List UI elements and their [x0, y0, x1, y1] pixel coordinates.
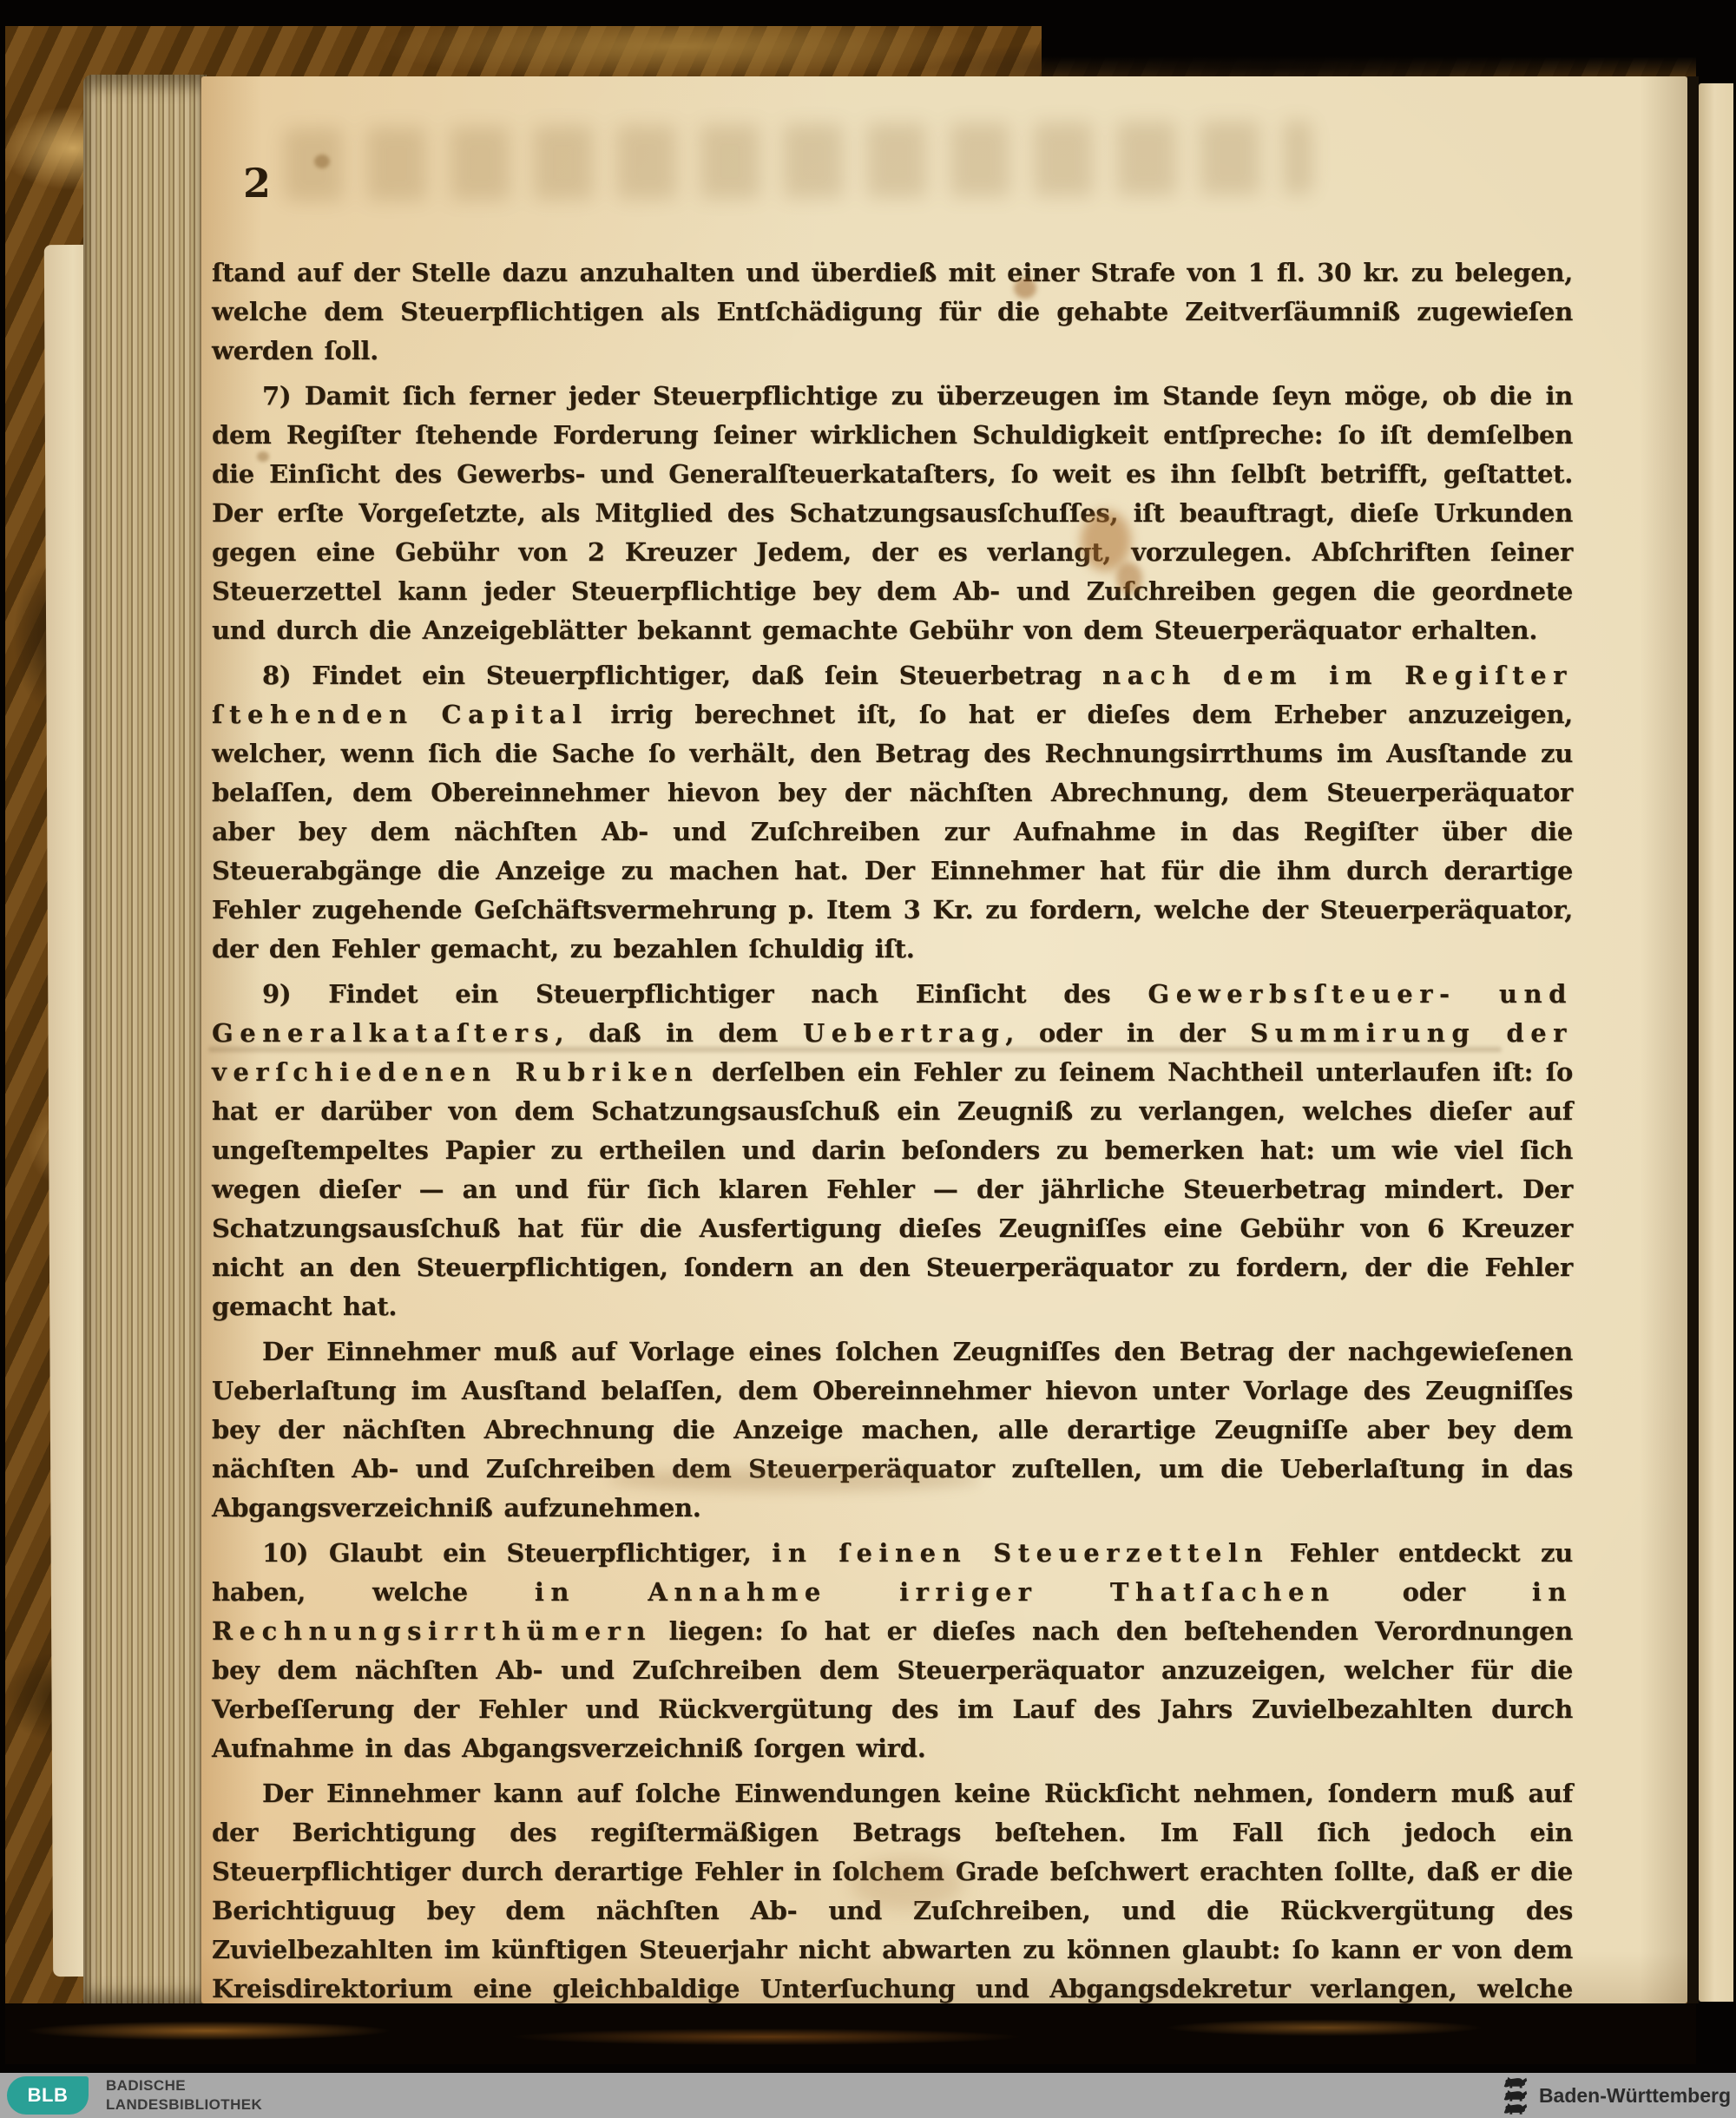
emphasized-text: Uebertrag — [803, 1018, 1005, 1048]
body-text: irrig berechnet iſt, ſo hat er dieſes de… — [212, 700, 1573, 964]
paragraph: 8) Findet ein Steuerpflichtiger, daß ſei… — [212, 656, 1573, 969]
body-text: Der Einnehmer muß auf Vorlage eines ſolc… — [212, 1337, 1573, 1523]
paragraph: ſtand auf der Stelle dazu anzuhalten und… — [212, 253, 1573, 371]
emphasized-text: in Annahme irriger Thatſachen — [535, 1577, 1336, 1607]
paragraph: Der Einnehmer muß auf Vorlage eines ſolc… — [212, 1332, 1573, 1528]
blb-name-line2: LANDESBIBLIOTHEK — [106, 2095, 262, 2115]
baden-wuerttemberg-label: Baden-Württemberg — [1539, 2084, 1731, 2108]
facing-page-edge — [1699, 83, 1733, 2002]
three-lions-icon — [1501, 2075, 1530, 2116]
page-stack-edges — [83, 75, 207, 2005]
page-gutter-shadow — [1687, 76, 1699, 2003]
book-page: 2 ſtand auf der Stelle dazu anzuhalten u… — [201, 76, 1687, 2003]
body-text: , daß in dem — [555, 1018, 802, 1048]
viewer-footer: BLB BADISCHE LANDESBIBLIOTHEK Baden-Würt… — [0, 2073, 1736, 2118]
paragraph: 10) Glaubt ein Steuerpflichtiger, in ſei… — [212, 1534, 1573, 1768]
emphasized-text: in ſeinen Steuerzetteln — [772, 1538, 1269, 1568]
body-text: derſelben ein Fehler zu ſeinem Nachtheil… — [212, 1057, 1573, 1321]
blb-library-name: BADISCHE LANDESBIBLIOTHEK — [106, 2076, 262, 2115]
body-text: , oder in der — [1005, 1018, 1250, 1048]
page-text: ſtand auf der Stelle dazu anzuhalten und… — [212, 253, 1573, 2054]
blb-badge-icon: BLB — [7, 2076, 89, 2115]
body-text: 9) Findet ein Steuerpflichtiger nach Ein… — [262, 979, 1147, 1009]
paragraph: 9) Findet ein Steuerpflichtiger nach Ein… — [212, 975, 1573, 1326]
baden-wuerttemberg-logo-link[interactable]: Baden-Württemberg — [1501, 2075, 1731, 2116]
body-text: 7) Damit ſich ferner jeder Steuerpflicht… — [212, 381, 1573, 645]
page-number: 2 — [243, 160, 271, 207]
book-bottom-edge — [5, 2003, 1696, 2064]
scan-viewer: { "page": { "number": "2" }, "content": … — [0, 0, 1736, 2118]
body-text: oder — [1336, 1577, 1532, 1607]
paragraph: 7) Damit ſich ferner jeder Steuerpflicht… — [212, 377, 1573, 650]
body-text: 10) Glaubt ein Steuerpflichtiger, — [262, 1538, 772, 1568]
show-through-text — [284, 121, 1313, 201]
body-text: 8) Findet ein Steuerpflichtiger, daß ſei… — [262, 661, 1102, 690]
blb-name-line1: BADISCHE — [106, 2076, 262, 2095]
body-text: ſtand auf der Stelle dazu anzuhalten und… — [212, 258, 1573, 365]
blb-logo-link[interactable]: BLB BADISCHE LANDESBIBLIOTHEK — [7, 2076, 262, 2115]
